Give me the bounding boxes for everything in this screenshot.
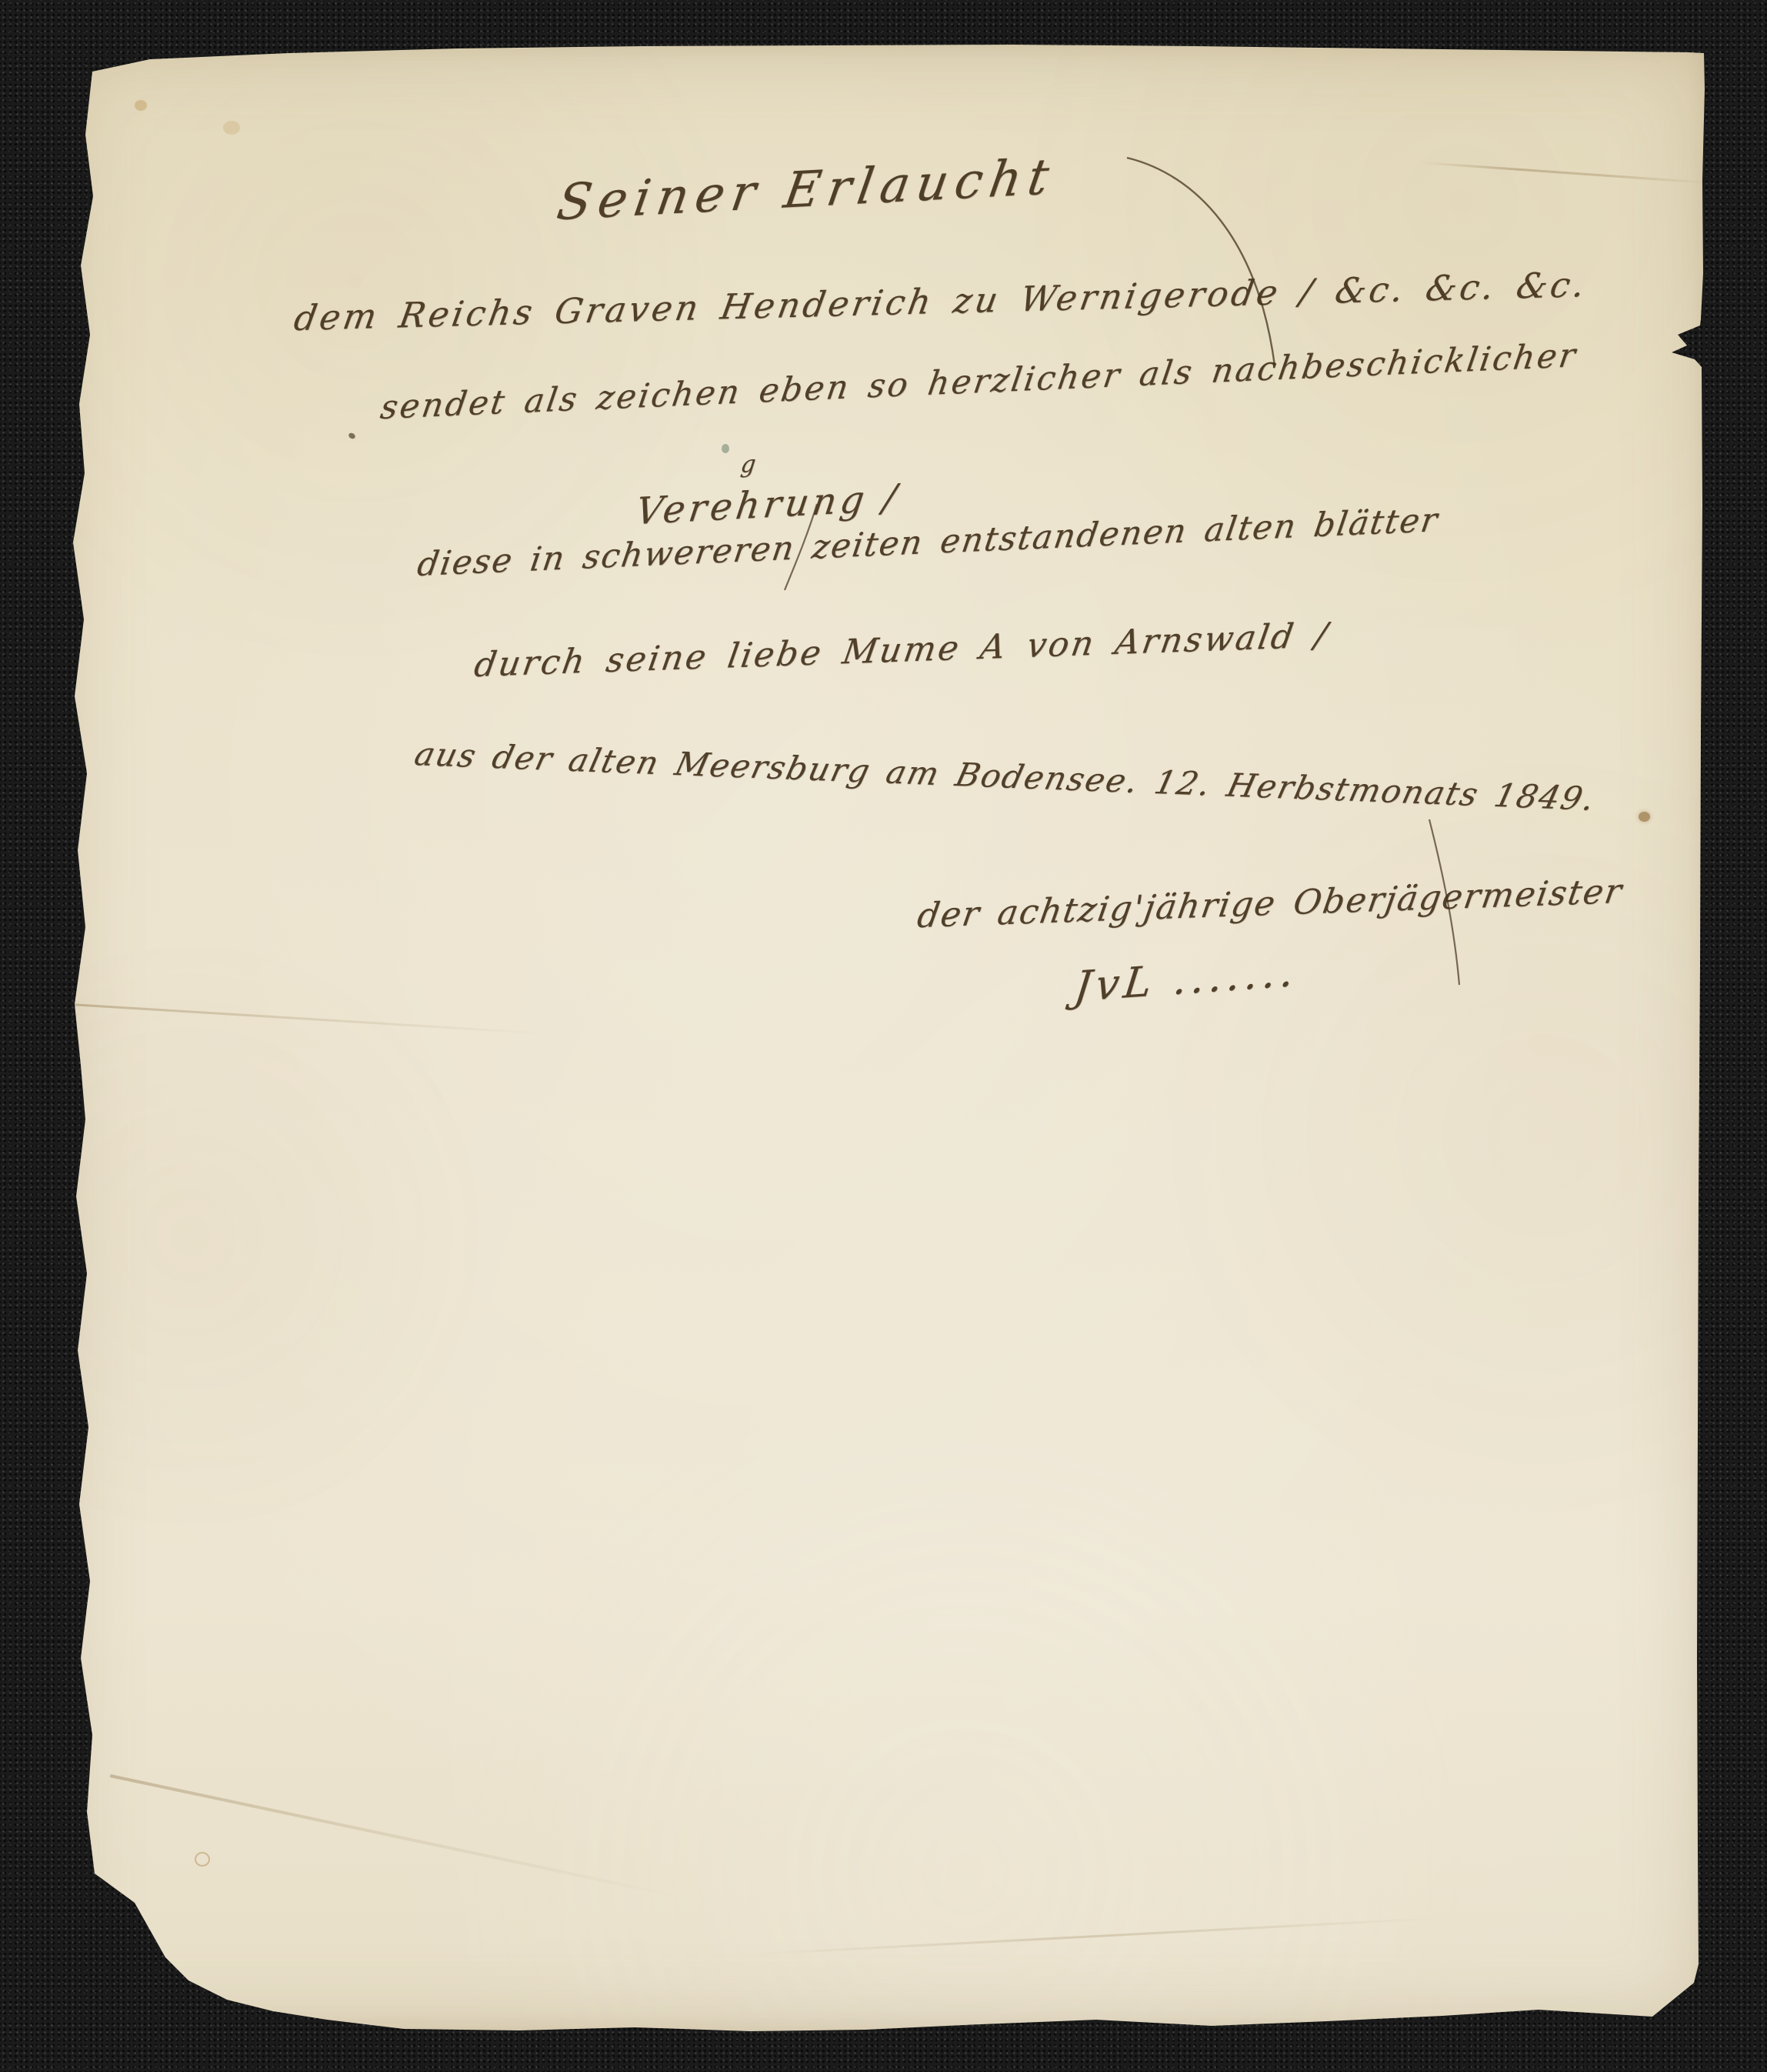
handwriting-insertion-mark: g: [739, 450, 758, 479]
paper-fleck: [722, 444, 729, 453]
handwriting-line: sendet als zeichen eben so herzlicher al…: [378, 336, 1580, 427]
fold-crease: [1419, 162, 1711, 185]
handwriting-line: durch seine liebe Mume A von Arnswald /: [472, 616, 1332, 685]
foxing-spot: [135, 100, 147, 111]
fold-crease: [72, 1003, 548, 1035]
handwriting-addressee: dem Reichs Graven Henderich zu Wernigero…: [292, 264, 1591, 339]
ink-stain: [1639, 812, 1650, 822]
foxing-spot: [223, 121, 240, 135]
handwriting-line: Verehrung /: [633, 476, 902, 533]
handwriting-signer-title: der achtzig'jährige Oberjägermeister: [915, 872, 1625, 936]
fold-crease: [110, 1774, 682, 1899]
paper-sheet: Seiner Erlaucht dem Reichs Graven Hender…: [58, 42, 1709, 2031]
photo-backdrop: Seiner Erlaucht dem Reichs Graven Hender…: [0, 0, 1767, 2072]
handwriting-salutation: Seiner Erlaucht: [553, 148, 1059, 232]
fold-crease: [751, 1917, 1442, 1955]
stain-ring: [195, 1852, 210, 1867]
handwriting-line: diese in schwereren zeiten entstandenen …: [415, 501, 1441, 584]
paper-speck: [348, 432, 356, 440]
signature-initials: JvL .......: [1072, 946, 1301, 1011]
handwriting-dateline: aus der alten Meersburg am Bodensee. 12.…: [411, 735, 1599, 818]
